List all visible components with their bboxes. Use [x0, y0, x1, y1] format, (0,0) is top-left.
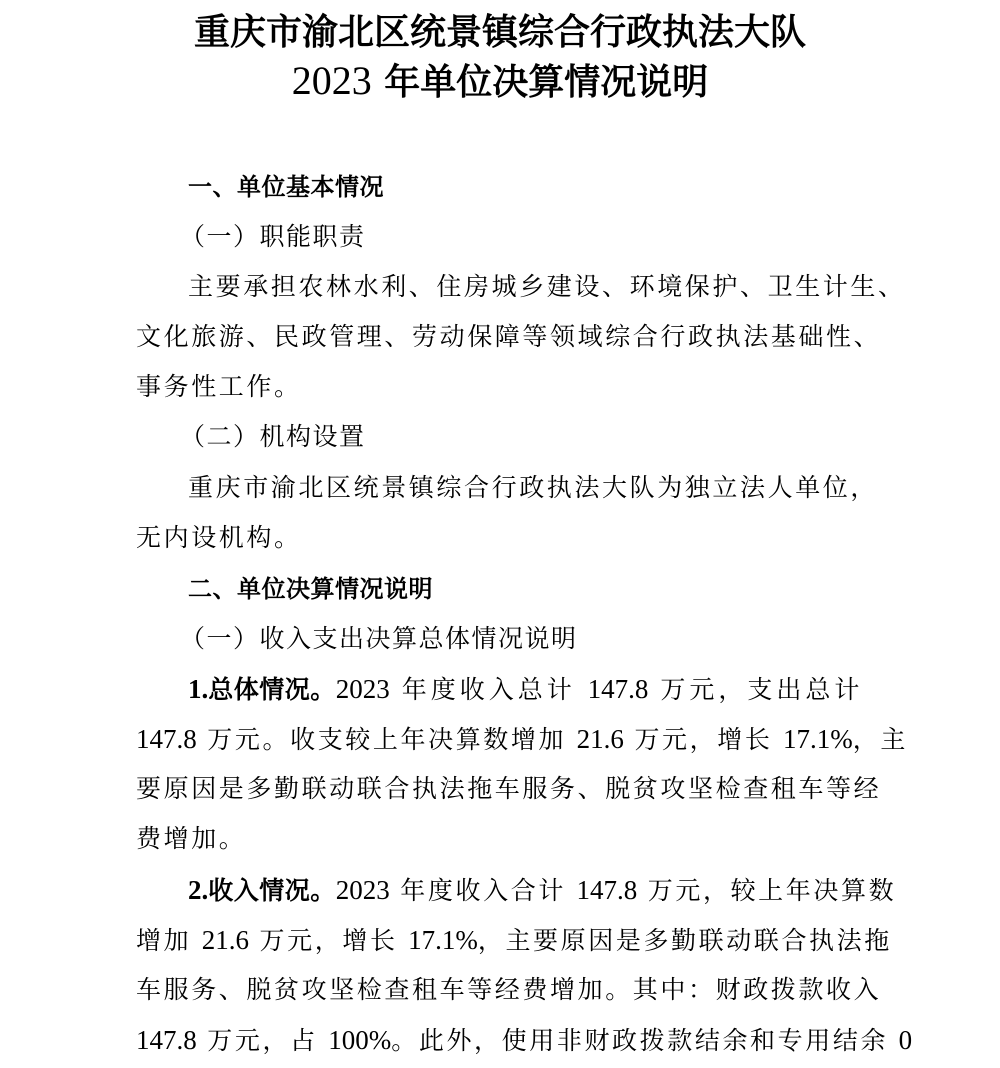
paragraph-income-line4: 147.8 万元，占 100%。此外，使用非财政拨款结余和专用结余 0	[136, 1024, 912, 1057]
document-page: 重庆市渝北区统景镇综合行政执法大队 2023 年单位决算情况说明 一、单位基本情…	[0, 0, 1000, 1068]
paragraph-income-line3: 车服务、脱贫攻坚检查租车等经费增加。其中：财政拨款收入	[136, 974, 881, 1006]
paragraph-overall-line2: 147.8 万元。收支较上年决算数增加 21.6 万元，增长 17.1%，主	[136, 723, 908, 756]
paragraph-line: 重庆市渝北区统景镇综合行政执法大队为独立法人单位，	[188, 472, 878, 504]
section-heading-basic-info: 一、单位基本情况	[188, 171, 384, 203]
document-title-line2: 2023 年单位决算情况说明	[0, 59, 1000, 104]
subsection-heading-functions: （一）职能职责	[180, 221, 366, 253]
title-year: 2023	[292, 58, 372, 103]
paragraph-income-line1: 2.收入情况。2023 年度收入合计 147.8 万元，较上年决算数	[188, 874, 896, 907]
subsection-heading-income-expense-overview: （一）收入支出决算总体情况说明	[180, 623, 578, 655]
document-title-line1: 重庆市渝北区统景镇综合行政执法大队	[0, 10, 1000, 54]
section-heading-final-accounts: 二、单位决算情况说明	[188, 573, 433, 605]
title-rest: 年单位决算情况说明	[372, 61, 709, 103]
paragraph-line: 文化旅游、民政管理、劳动保障等领域综合行政执法基础性、	[136, 321, 881, 353]
paragraph-income-line2: 增加 21.6 万元，增长 17.1%，主要原因是多勤联动联合执法拖	[136, 924, 892, 957]
paragraph-overall-line1: 1.总体情况。2023 年度收入总计 147.8 万元，支出总计	[188, 673, 863, 706]
paragraph-lead: 1.总体情况。	[188, 675, 336, 704]
subsection-heading-organization: （二）机构设置	[180, 421, 366, 453]
paragraph-lead: 2.收入情况。	[188, 876, 336, 905]
paragraph-line: 无内设机构。	[136, 522, 302, 554]
paragraph-overall-line4: 费增加。	[136, 823, 246, 855]
paragraph-line: 主要承担农林水利、住房城乡建设、环境保护、卫生计生、	[188, 271, 906, 303]
paragraph-overall-line3: 要原因是多勤联动联合执法拖车服务、脱贫攻坚检查租车等经	[136, 773, 881, 805]
paragraph-line: 事务性工作。	[136, 371, 302, 403]
